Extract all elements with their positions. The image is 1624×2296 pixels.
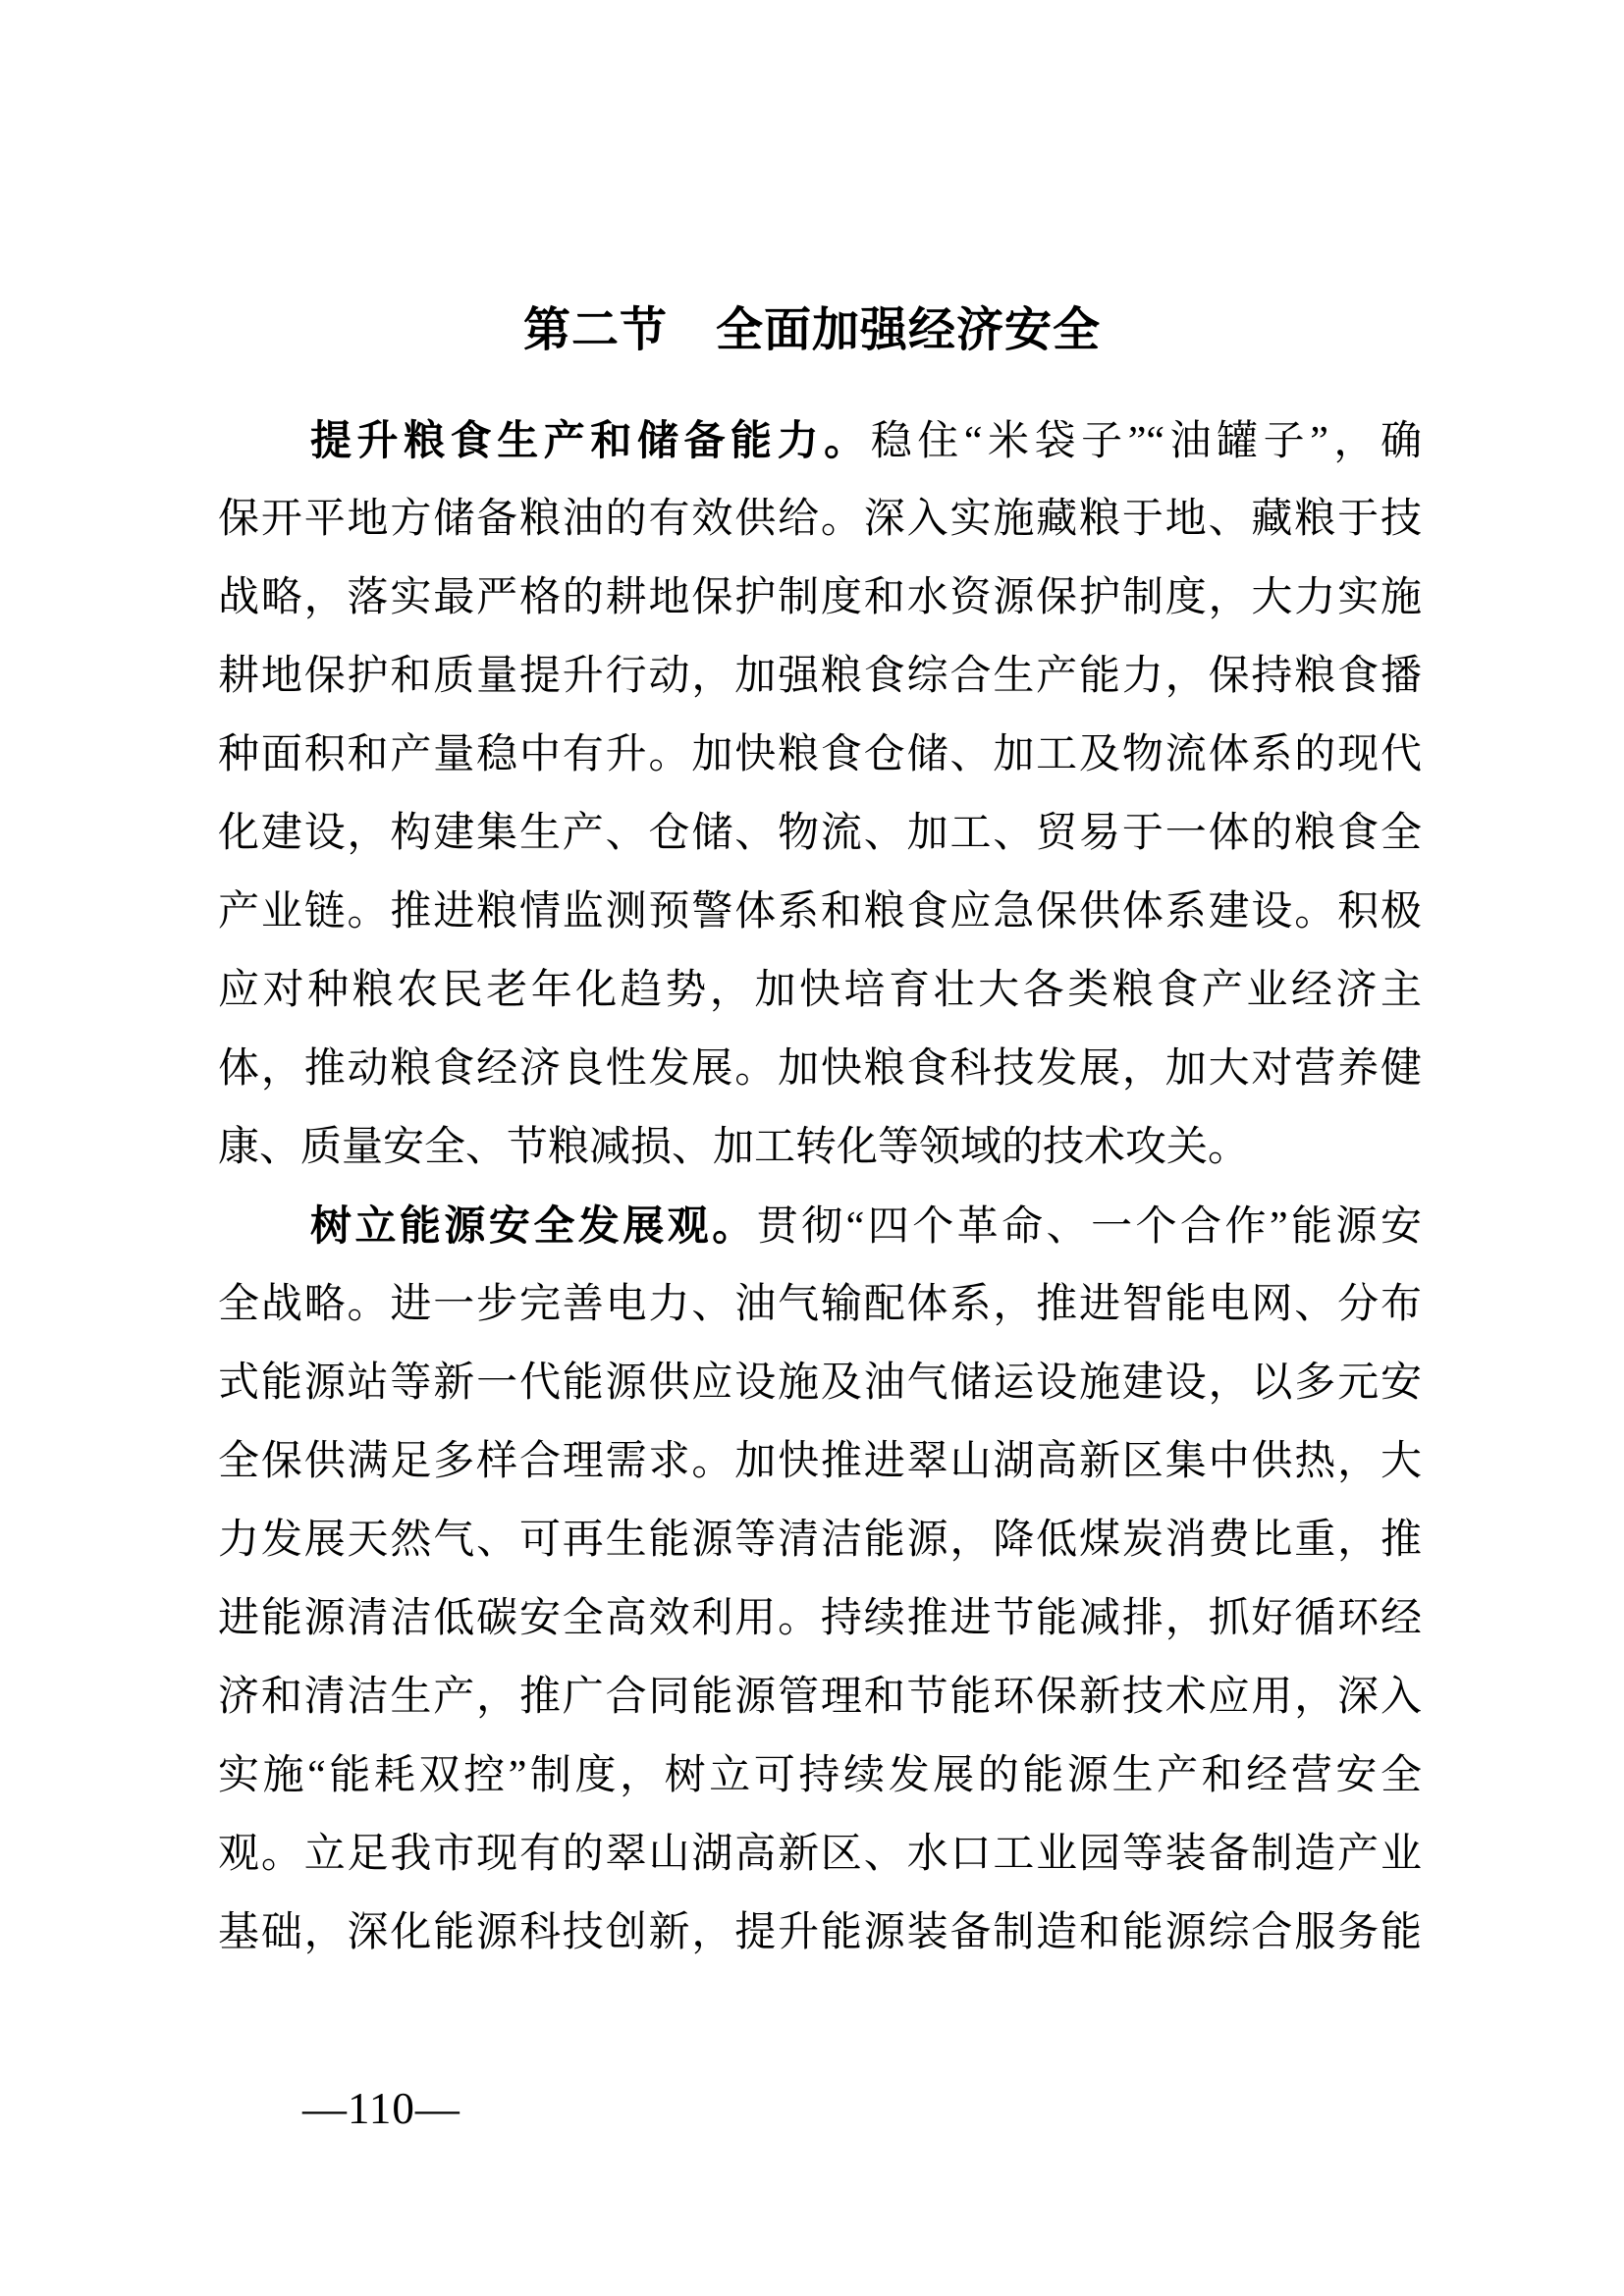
line-text: 贯彻“四个革命、一个合作”能源安: [757, 1204, 1422, 1250]
line-text: 保开平地方储备粮油的有效供给。深入实施藏粮于地、藏粮于技: [218, 497, 1422, 542]
line-text: 种面积和产量稳中有升。加快粮食仓储、加工及物流体系的现代: [218, 732, 1422, 777]
text-line: 应对种粮农民老年化趋势，加快培育壮大各类粮食产业经济主: [218, 951, 1422, 1030]
text-line: 战略，落实最严格的耕地保护制度和水资源保护制度，大力实施: [218, 559, 1422, 637]
line-text: 观。立足我市现有的翠山湖高新区、水口工业园等装备制造产业: [218, 1832, 1422, 1877]
line-text: 进能源清洁低碳安全高效利用。持续推进节能减排，抓好循环经: [218, 1596, 1422, 1641]
line-text: 产业链。推进粮情监测预警体系和粮食应急保供体系建设。积极: [218, 889, 1422, 934]
paragraph: 树立能源安全发展观。贯彻“四个革命、一个合作”能源安全战略。进一步完善电力、油气…: [218, 1187, 1422, 1972]
text-line: 种面积和产量稳中有升。加快粮食仓储、加工及物流体系的现代: [218, 716, 1422, 794]
text-line: 实施“能耗双控”制度，树立可持续发展的能源生产和经营安全: [218, 1736, 1422, 1815]
line-text: 康、质量安全、节粮减损、加工转化等领域的技术攻关。: [218, 1125, 1249, 1170]
text-line: 济和清洁生产，推广合同能源管理和节能环保新技术应用，深入: [218, 1658, 1422, 1736]
line-text: 式能源站等新一代能源供应设施及油气储运设施建设，以多元安: [218, 1361, 1422, 1406]
paragraph: 提升粮食生产和储备能力。稳住“米袋子”“油罐子”，确保开平地方储备粮油的有效供给…: [218, 401, 1422, 1187]
line-text: 全战略。进一步完善电力、油气输配体系，推进智能电网、分布: [218, 1282, 1422, 1327]
line-text: 耕地保护和质量提升行动，加强粮食综合生产能力，保持粮食播: [218, 654, 1422, 699]
line-text: 实施“能耗双控”制度，树立可持续发展的能源生产和经营安全: [218, 1753, 1422, 1798]
line-text: 济和清洁生产，推广合同能源管理和节能环保新技术应用，深入: [218, 1675, 1422, 1720]
text-line: 康、质量安全、节粮减损、加工转化等领域的技术攻关。: [218, 1108, 1422, 1187]
line-text: 应对种粮农民老年化趋势，加快培育壮大各类粮食产业经济主: [218, 968, 1422, 1013]
text-line: 体，推动粮食经济良性发展。加快粮食科技发展，加大对营养健: [218, 1030, 1422, 1108]
document-body: 提升粮食生产和储备能力。稳住“米袋子”“油罐子”，确保开平地方储备粮油的有效供给…: [218, 401, 1422, 1972]
text-line: 产业链。推进粮情监测预警体系和粮食应急保供体系建设。积极: [218, 873, 1422, 951]
document-page: 第二节 全面加强经济安全 提升粮食生产和储备能力。稳住“米袋子”“油罐子”，确保…: [0, 0, 1624, 2296]
text-line: 基础，深化能源科技创新，提升能源装备制造和能源综合服务能: [218, 1894, 1422, 1972]
paragraph-lead: 树立能源安全发展观。: [310, 1202, 757, 1249]
text-line: 式能源站等新一代能源供应设施及油气储运设施建设，以多元安: [218, 1344, 1422, 1422]
text-line: 耕地保护和质量提升行动，加强粮食综合生产能力，保持粮食播: [218, 637, 1422, 716]
line-text: 化建设，构建集生产、仓储、物流、加工、贸易于一体的粮食全: [218, 811, 1422, 856]
text-line: 全保供满足多样合理需求。加快推进翠山湖高新区集中供热，大: [218, 1422, 1422, 1501]
line-text: 体，推动粮食经济良性发展。加快粮食科技发展，加大对营养健: [218, 1046, 1422, 1092]
text-line: 全战略。进一步完善电力、油气输配体系，推进智能电网、分布: [218, 1265, 1422, 1344]
line-text: 稳住“米袋子”“油罐子”，确: [871, 419, 1422, 464]
text-line: 提升粮食生产和储备能力。稳住“米袋子”“油罐子”，确: [218, 401, 1422, 480]
line-text: 战略，落实最严格的耕地保护制度和水资源保护制度，大力实施: [218, 575, 1422, 620]
text-line: 进能源清洁低碳安全高效利用。持续推进节能减排，抓好循环经: [218, 1579, 1422, 1658]
section-title: 第二节 全面加强经济安全: [0, 307, 1624, 354]
text-line: 力发展天然气、可再生能源等清洁能源，降低煤炭消费比重，推: [218, 1501, 1422, 1579]
text-line: 保开平地方储备粮油的有效供给。深入实施藏粮于地、藏粮于技: [218, 480, 1422, 559]
text-line: 观。立足我市现有的翠山湖高新区、水口工业园等装备制造产业: [218, 1815, 1422, 1894]
line-text: 力发展天然气、可再生能源等清洁能源，降低煤炭消费比重，推: [218, 1518, 1422, 1563]
line-text: 基础，深化能源科技创新，提升能源装备制造和能源综合服务能: [218, 1910, 1422, 1955]
paragraph-lead: 提升粮食生产和储备能力。: [310, 417, 871, 463]
text-line: 化建设，构建集生产、仓储、物流、加工、贸易于一体的粮食全: [218, 794, 1422, 873]
page-number: —110—: [302, 2087, 460, 2131]
text-line: 树立能源安全发展观。贯彻“四个革命、一个合作”能源安: [218, 1187, 1422, 1265]
line-text: 全保供满足多样合理需求。加快推进翠山湖高新区集中供热，大: [218, 1439, 1422, 1484]
